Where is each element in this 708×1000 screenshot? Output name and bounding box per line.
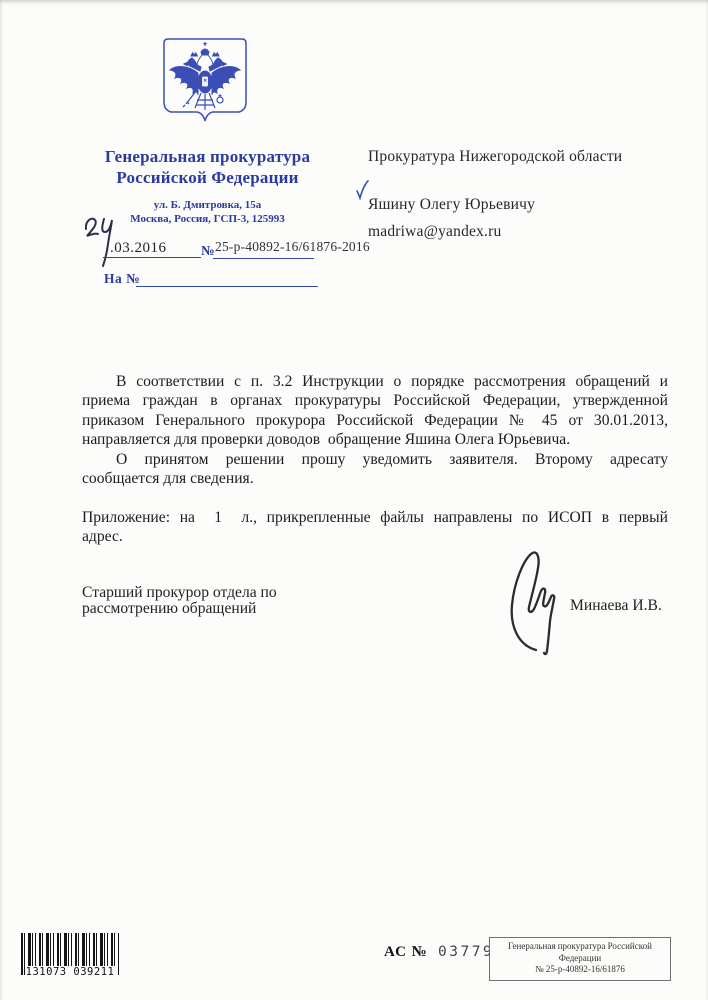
barcode-digits: 131073 039211	[25, 966, 115, 979]
letterhead-org-name: Генеральная прокуратура Российской Федер…	[90, 146, 325, 188]
outgoing-number-sign: №	[201, 243, 215, 259]
body-line: сообщается для сведения.	[82, 469, 668, 488]
letterhead-address: ул. Б. Дмитровка, 15а Москва, Россия, ГС…	[90, 199, 325, 226]
handwritten-signature-ink	[506, 550, 564, 656]
date-printed: .03.2016	[110, 240, 167, 257]
body-line: Приложение: на 1 л., прикрепленные файлы…	[82, 508, 668, 527]
stamp-line2: Федерации	[496, 953, 664, 965]
body-line: В соответствии с п. 3.2 Инструкции о пор…	[82, 372, 668, 391]
signer-position: Старший прокурор отдела по рассмотрению …	[82, 585, 277, 617]
org-name-line1: Генеральная прокуратура	[90, 146, 325, 167]
address-line2: Москва, Россия, ГСП-3, 125993	[90, 213, 325, 227]
address-line1: ул. Б. Дмитровка, 15а	[90, 199, 325, 213]
addressee-person: Яшину Олегу Юрьевичу	[368, 196, 535, 214]
ac-number-label: АС №	[384, 944, 428, 961]
body-line: приема граждан в органах прокуратуры Рос…	[82, 391, 668, 410]
attachment-paragraph: Приложение: на 1 л., прикрепленные файлы…	[82, 508, 668, 547]
body-paragraph-2: О принятом решении прошу уведомить заяви…	[82, 450, 668, 489]
signer-name: Минаева И.В.	[570, 597, 662, 615]
body-line: приказом Генерального прокурора Российск…	[82, 411, 668, 430]
stamp-line1: Генеральная прокуратура Российской	[496, 941, 664, 953]
registration-stamp: Генеральная прокуратура Российской Федер…	[489, 937, 671, 981]
body-line: направляется для проверки доводов обраще…	[82, 430, 668, 449]
incoming-number-label: На №	[104, 271, 140, 287]
body-paragraph-1: В соответствии с п. 3.2 Инструкции о пор…	[82, 372, 668, 450]
org-name-line2: Российской Федерации	[90, 167, 325, 188]
outgoing-number: 25-р-40892-16/61876-2016	[215, 239, 370, 255]
russia-coat-of-arms-icon	[159, 36, 251, 136]
incoming-number-underline	[136, 286, 318, 287]
stamp-line3: № 25-р-40892-16/61876	[496, 964, 664, 976]
outgoing-number-underline	[213, 258, 314, 259]
signer-position-line2: рассмотрению обращений	[82, 601, 277, 617]
addressee-organization: Прокуратура Нижегородской области	[368, 148, 622, 166]
barcode: 131073 039211	[21, 933, 119, 983]
body-line: адрес.	[82, 527, 668, 546]
scanned-letter-page: Генеральная прокуратура Российской Федер…	[0, 0, 708, 1000]
signer-position-line1: Старший прокурор отдела по	[82, 585, 277, 601]
addressee-email: madriwa@yandex.ru	[368, 223, 501, 241]
date-underline	[103, 257, 201, 258]
body-line: О принятом решении прошу уведомить заяви…	[82, 450, 668, 469]
